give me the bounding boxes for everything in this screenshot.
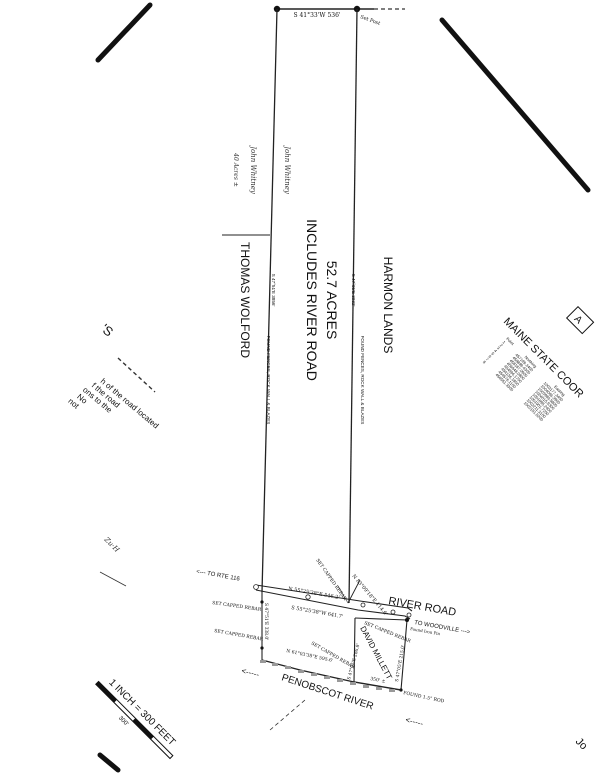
left-partial-notes: h of the road located f the road ons to … [66, 369, 160, 458]
coordinate-columns: Point 1 2 3 4 5 6 7 8 Northing 457199.24… [482, 336, 569, 423]
coordinates-table: MAINE STATE COOR Point 1 2 3 4 5 6 7 8 N… [472, 316, 586, 430]
road-north-bearing: N 55°25'38"E 546.2' [288, 586, 340, 601]
bottom-right-partial: Jo [573, 736, 590, 753]
millett-north-line [355, 618, 407, 620]
road-diagonal-bearing: N 83°09'18"E 114.6' [350, 573, 388, 617]
handwritten-scribble: Zu·H [102, 535, 122, 555]
handwritten-stroke [100, 572, 126, 586]
river-flow-arrow-right: <----- [405, 715, 425, 728]
sheet-marker-a: A [567, 307, 594, 334]
set-capped-rebar-label: SET CAPPED REBAR [212, 600, 262, 613]
harmon-lands-label: HARMON LANDS [381, 257, 395, 354]
thomas-wolford-label: THOMAS WOLFORD [238, 242, 252, 358]
west-bearing-label: S 47°51'E 3856' [271, 274, 276, 307]
south-short-label: 350' ± [370, 676, 386, 685]
frame-edge-top-right [442, 20, 588, 190]
east-bearing-label: S 47°05'E 3932' [351, 274, 356, 307]
set-capped-rebar-label: SET CAPPED REBAR [214, 628, 264, 643]
acreage-subtitle: INCLUDES RIVER ROAD [304, 219, 320, 381]
road-south-bearing: S 55°25'38"W 641.7' [291, 605, 344, 620]
scale-tick-label: 300' [117, 715, 129, 727]
rebar-marker [260, 646, 263, 649]
set-post-label: Set Post [359, 14, 381, 27]
handwritten-owner-outer: John Whitney [249, 144, 257, 195]
found-rod-label: FOUND 1.5" ROD [403, 690, 445, 705]
survey-plat: S 41°33'W 536' Set Post HARMON LANDS FOU… [0, 0, 600, 776]
frame-edge-top-left [98, 5, 150, 60]
header-point: Point [505, 336, 516, 347]
acreage-label: 52.7 ACRES [324, 261, 340, 340]
scale-label: 1 INCH = 300 FEET [106, 677, 177, 748]
east-fence-note: FOUND FENCES, ROCK WALL & BLAZES [360, 336, 365, 425]
to-rte-116-label: <--- TO RTE 116 [196, 569, 241, 583]
river-dotted-line [270, 700, 305, 730]
iron-pin-marker [405, 618, 409, 622]
west-small-bearing: S 47°51'E 338.0' [263, 603, 268, 640]
handwritten-owner-inner: John Whitney [283, 144, 291, 195]
scale-bar: 1 INCH = 300 FEET 300' [89, 672, 183, 766]
frame-edge-bottom-left [100, 755, 118, 770]
left-partial-heading: 'S [98, 321, 116, 340]
river-flow-arrow-left: <----- [241, 666, 261, 679]
handwritten-acreage-note: 40 Acres ± [232, 152, 239, 187]
west-fence-note: FOUND FENCES, ROCK WALL & BLAZES [266, 336, 271, 425]
east-small-bearing: S 47°05'E 215.0' [395, 645, 406, 683]
top-bearing-label: S 41°33'W 536' [293, 12, 340, 19]
left-dashed-line [118, 358, 155, 392]
point-id: 8 [482, 359, 488, 365]
